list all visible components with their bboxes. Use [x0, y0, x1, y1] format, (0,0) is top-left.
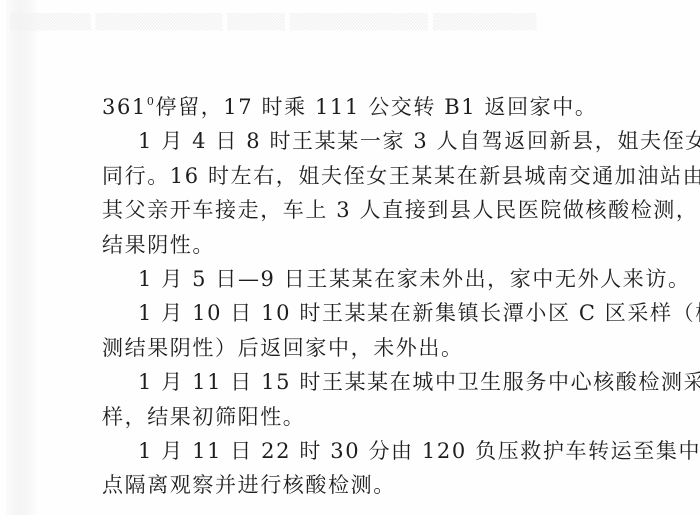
degree-number: 361 [102, 95, 147, 119]
document-body: 3610停留，17 时乘 111 公交转 B1 返回家中。 1 月 4 日 8 … [102, 90, 592, 503]
line-text: 停留，17 时乘 111 公交转 B1 返回家中。 [156, 95, 598, 119]
paragraph-line-2: 1 月 4 日 8 时王某某一家 3 人自驾返回新县，姐夫侄女 [102, 124, 592, 158]
paragraph-line-7: 1 月 10 日 10 时王某某在新集镇长潭小区 C 区采样（检 [102, 296, 592, 330]
scan-shadow-band [6, 0, 38, 515]
paragraph-line-3: 同行。16 时左右，姐夫侄女王某某在新县城南交通加油站由 [102, 159, 592, 193]
paragraph-line-6: 1 月 5 日—9 日王某某在家未外出，家中无外人来访。 [102, 262, 592, 296]
paragraph-line-12: 点隔离观察并进行核酸检测。 [102, 468, 592, 502]
paragraph-line-10: 样，结果初筛阳性。 [102, 400, 592, 434]
paragraph-line-11: 1 月 11 日 22 时 30 分由 120 负压救护车转运至集中隔离 [102, 434, 592, 468]
paragraph-line-8: 测结果阴性）后返回家中，未外出。 [102, 331, 592, 365]
bleed-through-text: ▒▒▒▒▒▒▒ ▒▒▒▒▒▒▒▒▒▒▒ ▒▒▒▒▒ ▒▒▒▒▒▒▒▒▒▒▒▒ ▒… [10, 12, 610, 52]
scanned-document-page: ▒▒▒▒▒▒▒ ▒▒▒▒▒▒▒▒▒▒▒ ▒▒▒▒▒ ▒▒▒▒▒▒▒▒▒▒▒▒ ▒… [0, 0, 700, 515]
paragraph-line-1: 3610停留，17 时乘 111 公交转 B1 返回家中。 [102, 90, 592, 124]
paragraph-line-9: 1 月 11 日 15 时王某某在城中卫生服务中心核酸检测采 [102, 365, 592, 399]
paragraph-line-4: 其父亲开车接走，车上 3 人直接到县人民医院做核酸检测， [102, 193, 592, 227]
superscript: 0 [147, 95, 156, 108]
paragraph-line-5: 结果阴性。 [102, 228, 592, 262]
